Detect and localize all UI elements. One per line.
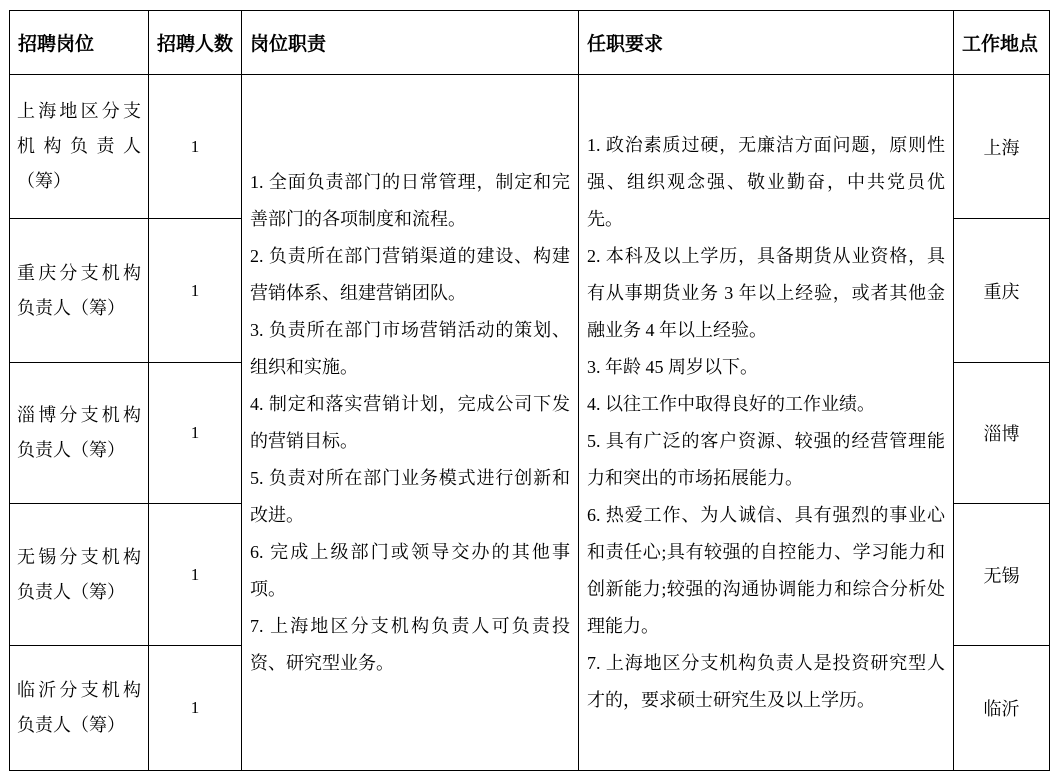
location-cell: 临沂 <box>954 646 1050 771</box>
duty-item: 1. 全面负责部门的日常管理，制定和完善部门的各项制度和流程。 <box>250 164 570 238</box>
headcount-cell: 1 <box>149 646 242 771</box>
headcount-cell: 1 <box>149 219 242 363</box>
table-row-shanghai: 上海地区分支机构负责人（筹） 1 1. 全面负责部门的日常管理，制定和完善部门的… <box>10 75 1050 219</box>
duty-item: 2. 负责所在部门营销渠道的建设、构建营销体系、组建营销团队。 <box>250 238 570 312</box>
requirement-item: 3. 年龄 45 周岁以下。 <box>587 349 945 386</box>
duty-item: 4. 制定和落实营销计划，完成公司下发的营销目标。 <box>250 386 570 460</box>
requirement-item: 7. 上海地区分支机构负责人是投资研究型人才的，要求硕士研究生及以上学历。 <box>587 645 945 719</box>
header-row: 招聘岗位 招聘人数 岗位职责 任职要求 工作地点 <box>10 11 1050 75</box>
requirements-cell: 1. 政治素质过硬，无廉洁方面问题，原则性强、组织观念强、敬业勤奋，中共党员优先… <box>579 75 954 771</box>
headcount-cell: 1 <box>149 504 242 646</box>
duty-item: 6. 完成上级部门或领导交办的其他事项。 <box>250 534 570 608</box>
position-cell: 临沂分支机构负责人（筹） <box>10 646 149 771</box>
requirement-item: 6. 热爱工作、为人诚信、具有强烈的事业心和责任心;具有较强的自控能力、学习能力… <box>587 497 945 645</box>
location-cell: 上海 <box>954 75 1050 219</box>
location-cell: 无锡 <box>954 504 1050 646</box>
headcount-cell: 1 <box>149 363 242 504</box>
requirement-item: 5. 具有广泛的客户资源、较强的经营管理能力和突出的市场拓展能力。 <box>587 423 945 497</box>
duty-item: 3. 负责所在部门市场营销活动的策划、组织和实施。 <box>250 312 570 386</box>
header-position: 招聘岗位 <box>10 11 149 75</box>
requirement-item: 1. 政治素质过硬，无廉洁方面问题，原则性强、组织观念强、敬业勤奋，中共党员优先… <box>587 127 945 238</box>
duty-item: 7. 上海地区分支机构负责人可负责投资、研究型业务。 <box>250 608 570 682</box>
duty-item: 5. 负责对所在部门业务模式进行创新和改进。 <box>250 460 570 534</box>
position-cell: 重庆分支机构负责人（筹） <box>10 219 149 363</box>
requirements-list: 1. 政治素质过硬，无廉洁方面问题，原则性强、组织观念强、敬业勤奋，中共党员优先… <box>587 127 945 719</box>
position-cell: 上海地区分支机构负责人（筹） <box>10 75 149 219</box>
header-duties: 岗位职责 <box>242 11 579 75</box>
duties-list: 1. 全面负责部门的日常管理，制定和完善部门的各项制度和流程。2. 负责所在部门… <box>250 164 570 682</box>
position-cell: 淄博分支机构负责人（筹） <box>10 363 149 504</box>
recruitment-table: 招聘岗位 招聘人数 岗位职责 任职要求 工作地点 上海地区分支机构负责人（筹） … <box>9 10 1050 771</box>
header-location: 工作地点 <box>954 11 1050 75</box>
position-cell: 无锡分支机构负责人（筹） <box>10 504 149 646</box>
document-page: 招聘岗位 招聘人数 岗位职责 任职要求 工作地点 上海地区分支机构负责人（筹） … <box>0 0 1056 779</box>
requirement-item: 4. 以往工作中取得良好的工作业绩。 <box>587 386 945 423</box>
location-cell: 淄博 <box>954 363 1050 504</box>
location-cell: 重庆 <box>954 219 1050 363</box>
headcount-cell: 1 <box>149 75 242 219</box>
requirement-item: 2. 本科及以上学历，具备期货从业资格，具有从事期货业务 3 年以上经验，或者其… <box>587 238 945 349</box>
duties-cell: 1. 全面负责部门的日常管理，制定和完善部门的各项制度和流程。2. 负责所在部门… <box>242 75 579 771</box>
header-headcount: 招聘人数 <box>149 11 242 75</box>
header-requirements: 任职要求 <box>579 11 954 75</box>
